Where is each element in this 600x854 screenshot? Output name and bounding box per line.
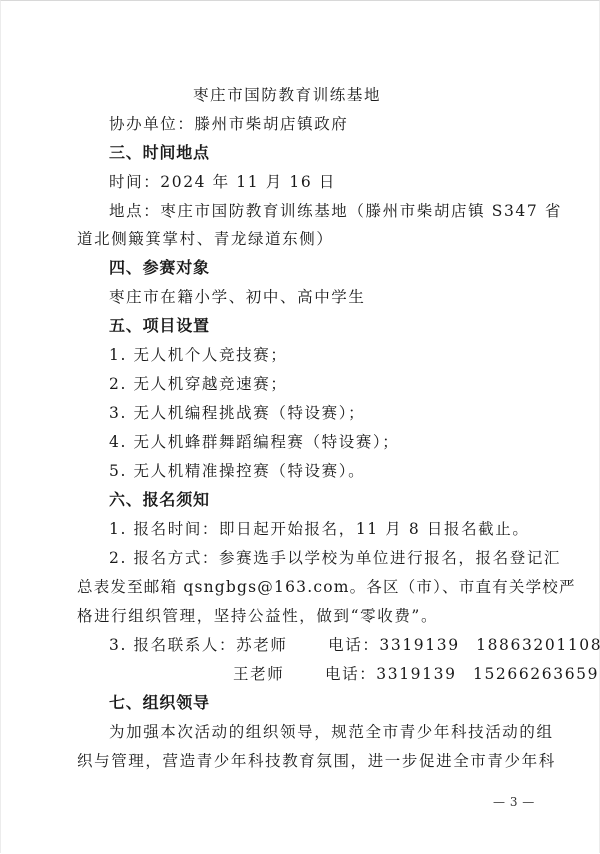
co-organizer-line: 协办单位：滕州市柴胡店镇政府 (109, 114, 348, 134)
event-item-5: 5. 无人机精准操控赛（特设赛）。 (109, 461, 365, 481)
event-item-1: 1. 无人机个人竞技赛； (109, 345, 287, 365)
section-7-heading: 七、组织领导 (109, 693, 210, 713)
registration-method-line-3: 格进行组织管理，坚持公益性，做到“零收费”。 (77, 606, 438, 626)
location-line-1: 地点：枣庄市国防教育训练基地（滕州市柴胡店镇 S347 省 (109, 201, 562, 221)
page-number: — 3 — (493, 795, 535, 809)
contact-row-1: 3. 报名联系人：苏老师电话：331913918863201108 (109, 635, 600, 655)
event-item-3: 3. 无人机编程挑战赛（特设赛）； (109, 403, 365, 423)
contact-name: 王老师 (233, 664, 325, 684)
section-3-heading: 三、时间地点 (109, 143, 210, 163)
registration-time: 1. 报名时间：即日起开始报名，11 月 8 日报名截止。 (109, 519, 529, 539)
registration-method-line-2: 总表发至邮箱 qsngbgs@163.com。各区（市）、市直有关学校严 (77, 577, 576, 597)
contact-tel: 电话：3319139 (328, 635, 476, 655)
organizer-continuation: 枣庄市国防教育训练基地 (193, 85, 381, 105)
section-6-heading: 六、报名须知 (109, 490, 210, 510)
section-4-heading: 四、参赛对象 (109, 258, 210, 278)
contact-mobile: 15266263659 (473, 665, 599, 683)
organization-paragraph-line-1: 为加强本次活动的组织领导，规范全市青少年科技活动的组 (109, 722, 554, 742)
organization-paragraph-line-2: 织与管理，营造青少年科技教育氛围，进一步促进全市青少年科 (77, 751, 556, 771)
time-line: 时间：2024 年 11 月 16 日 (109, 172, 336, 192)
contact-row-2: 王老师电话：331913915266263659 (233, 664, 599, 684)
page: 枣庄市国防教育训练基地 协办单位：滕州市柴胡店镇政府 三、时间地点 时间：202… (0, 0, 600, 853)
event-item-4: 4. 无人机蜂群舞蹈编程赛（特设赛）； (109, 432, 399, 452)
registration-method-line-1: 2. 报名方式：参赛选手以学校为单位进行报名，报名登记汇 (109, 548, 561, 568)
contact-label: 3. 报名联系人： (109, 636, 236, 654)
contact-mobile: 18863201108 (476, 636, 600, 654)
location-line-2: 道北侧簸箕掌村、青龙绿道东侧） (77, 229, 334, 249)
contact-name: 苏老师 (236, 635, 328, 655)
section-5-heading: 五、项目设置 (109, 316, 210, 336)
event-item-2: 2. 无人机穿越竞速赛； (109, 374, 287, 394)
participants-line: 枣庄市在籍小学、初中、高中学生 (109, 287, 366, 307)
contact-tel: 电话：3319139 (325, 664, 473, 684)
